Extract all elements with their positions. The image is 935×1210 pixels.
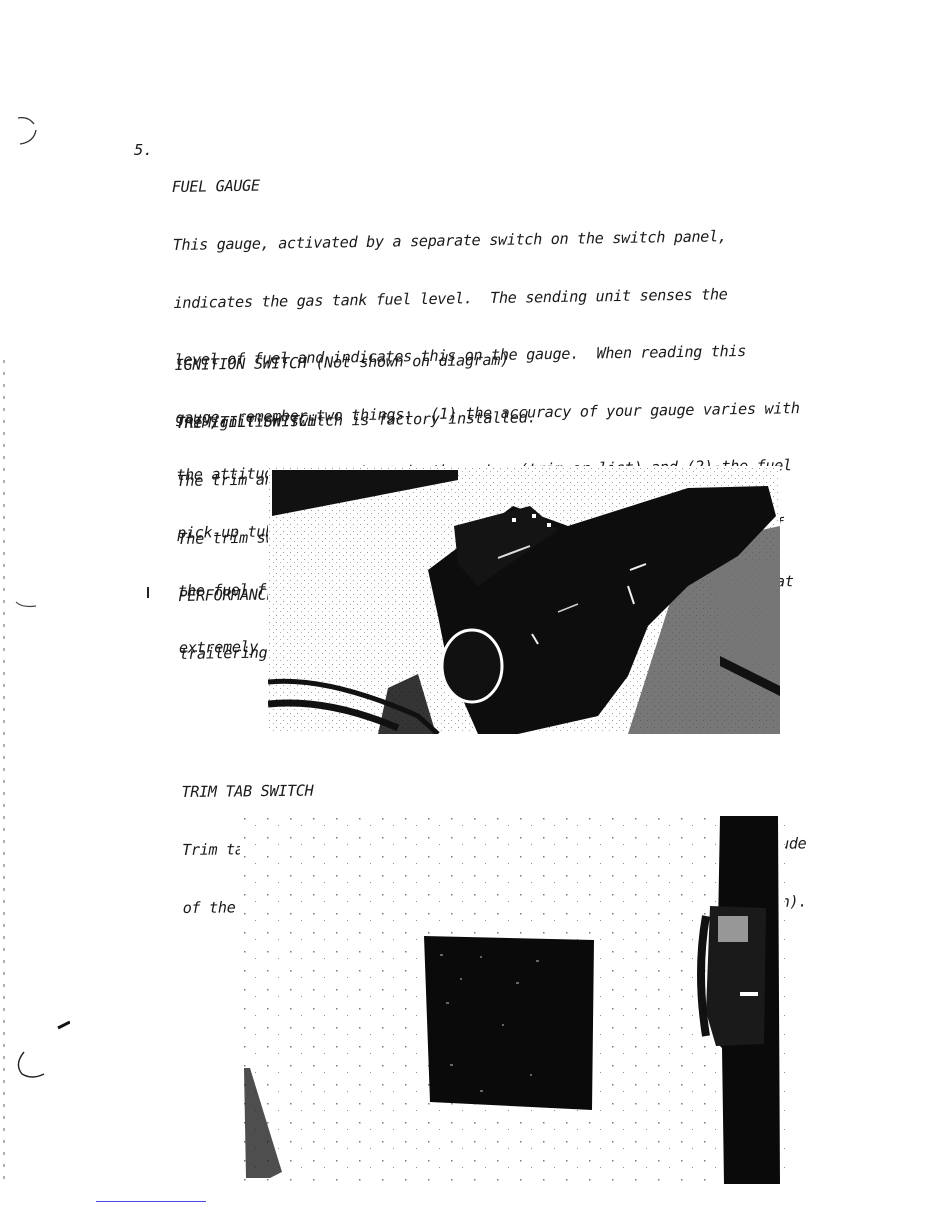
trim-tab-switch-photo bbox=[240, 812, 785, 1184]
footer-rule bbox=[96, 1201, 206, 1202]
hole-punch-mark-middle bbox=[14, 596, 40, 612]
left-edge-dashes bbox=[2, 360, 8, 1180]
document-page: 5. FUEL GAUGE This gauge, activated by a… bbox=[0, 0, 935, 1210]
margin-speck bbox=[145, 586, 151, 600]
hole-punch-mark-bottom bbox=[10, 1020, 70, 1080]
section-heading: FUEL GAUGE bbox=[172, 169, 797, 198]
hole-punch-mark-top bbox=[14, 112, 44, 148]
section-heading: TRIM/TILT SWITCH bbox=[176, 406, 730, 434]
body-line: This gauge, activated by a separate swit… bbox=[173, 226, 798, 255]
section-heading: TRIM TAB SWITCH bbox=[181, 777, 806, 803]
body-line: indicates the gas tank fuel level. The s… bbox=[173, 284, 798, 313]
throttle-control-photo bbox=[268, 466, 780, 734]
item-number: 5. bbox=[134, 141, 153, 159]
